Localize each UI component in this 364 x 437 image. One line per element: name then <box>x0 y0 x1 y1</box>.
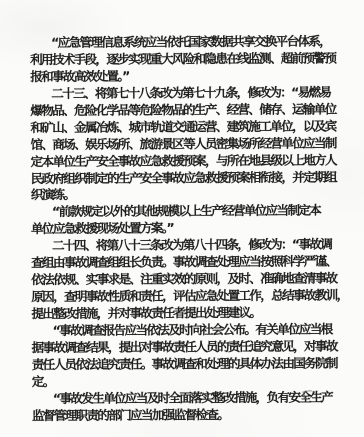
text-line: 民政府组织制定的生产安全事故应急救援预案相衔接，并定期组 <box>31 169 337 188</box>
text-line: “前款规定以外的其他规模以上生产经营单位应当制定本 <box>31 203 337 222</box>
text-line: “事故发生单位应当及时全面落实整改措施，负有安全生产 <box>32 389 338 408</box>
text-line: 馆、商场、娱乐场所、旅游景区等人员密集场所经营单位应当制 <box>31 135 337 154</box>
paragraph: “前款规定以外的其他规模以上生产经营单位应当制定本单位应急救援现场处置方案。” <box>31 203 337 238</box>
text-line: “应急管理信息系统应当依托国家数据共享交换平台体系， <box>30 33 336 52</box>
text-line: 利用技术手段，逐步实现重大风险和隐患在线监测、超前预警预 <box>30 50 336 69</box>
text-line: 单位应急救援现场处置方案。” <box>31 220 337 239</box>
text-line: 定本单位生产安全事故应急救援预案，与所在地县级以上地方人 <box>31 152 337 171</box>
paragraph: 二十三、将第七十八条改为第七十九条，修改为：“易燃易爆物品、危险化学品等危险物品… <box>30 84 337 204</box>
text-line: 原因，查明事故性质和责任，评估应急处置工作，总结事故教训， <box>31 287 337 306</box>
scanned-document-page: “应急管理信息系统应当依托国家数据共享交换平台体系，利用技术手段，逐步实现重大风… <box>0 0 364 437</box>
text-line: 报和事故高效处置。” <box>30 67 336 86</box>
paragraph: “应急管理信息系统应当依托国家数据共享交换平台体系，利用技术手段，逐步实现重大风… <box>30 33 336 85</box>
text-line: “事故调查报告应当依法及时向社会公布。有关单位应当根 <box>32 321 338 340</box>
text-line: 二十四、将第八十三条改为第八十四条，修改为：“事故调 <box>31 237 337 256</box>
text-line: 和矿山、金属冶炼、城市轨道交通运营、建筑施工单位，以及宾 <box>30 118 336 137</box>
text-line: 定。 <box>32 372 338 391</box>
text-line: 责任人员依法追究责任。事故调查和处理的具体办法由国务院制 <box>32 355 338 374</box>
text-line: 查组由事故调查组组长负责。事故调查处理应当按照科学严谨、 <box>31 254 337 273</box>
text-line: 爆物品、危险化学品等危险物品的生产、经营、储存、运输单位 <box>30 101 336 120</box>
text-line: 依法依规、实事求是、注重实效的原则，及时、准确地查清事故 <box>31 271 337 290</box>
text-line: 织演练。 <box>31 186 337 205</box>
text-line: 提出整改措施，并对事故责任者提出处理建议。 <box>31 304 337 323</box>
text-line: 监督管理职责的部门应当加强监督检查。 <box>32 406 338 425</box>
paragraph: 二十四、将第八十三条改为第八十四条，修改为：“事故调查组由事故调查组组长负责。事… <box>31 237 337 323</box>
document-text: “应急管理信息系统应当依托国家数据共享交换平台体系，利用技术手段，逐步实现重大风… <box>30 33 338 424</box>
paragraph: “事故发生单位应当及时全面落实整改措施，负有安全生产监督管理职责的部门应当加强监… <box>32 389 338 424</box>
paragraph: “事故调查报告应当依法及时向社会公布。有关单位应当根据事故调查结果，提出对事故责… <box>32 321 338 390</box>
text-line: 二十三、将第七十八条改为第七十九条，修改为：“易燃易 <box>30 84 336 103</box>
text-line: 据事故调查结果，提出对事故责任人员的责任追究意见，对事故 <box>32 338 338 357</box>
